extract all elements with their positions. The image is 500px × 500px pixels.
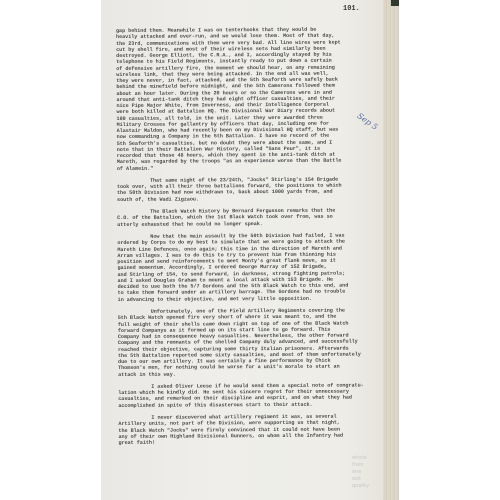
paragraph: Now that the main assault by the 50th Di…: [117, 232, 379, 302]
text-line: attack in this way.: [118, 370, 380, 378]
typewritten-body: gap behind them. Meanwhile I was on tent…: [116, 26, 381, 452]
paragraph: I asked Oliver Leese if he would send th…: [118, 382, 380, 409]
text-line: in advancing to their objective, and met…: [118, 295, 380, 303]
paragraph: Unfortunately, one of the Field Artiller…: [118, 307, 380, 377]
paragraph: That same night of the 23/24th, "Jocks" …: [117, 176, 379, 203]
ghost-note: quality: [352, 483, 497, 489]
ghost-note: one: [352, 469, 497, 475]
paragraph: The Black Watch History by Bernard Fergu…: [117, 208, 379, 228]
text-line: south of, the Wadi Zigzaou.: [117, 195, 379, 203]
text-line: accomplished in spite of this disasterou…: [118, 401, 380, 409]
book-page-edges: [383, 0, 399, 500]
ghost-note: wet: [352, 476, 497, 482]
paragraph: I never discovered what artillery regime…: [118, 414, 380, 447]
ghost-note: whole: [352, 455, 497, 461]
ghost-note: then: [352, 462, 497, 468]
paragraph: gap behind them. Meanwhile I was on tent…: [116, 26, 379, 171]
text-line: utterly exhausted that he could no longe…: [117, 220, 379, 228]
page-number: 101.: [343, 5, 360, 13]
